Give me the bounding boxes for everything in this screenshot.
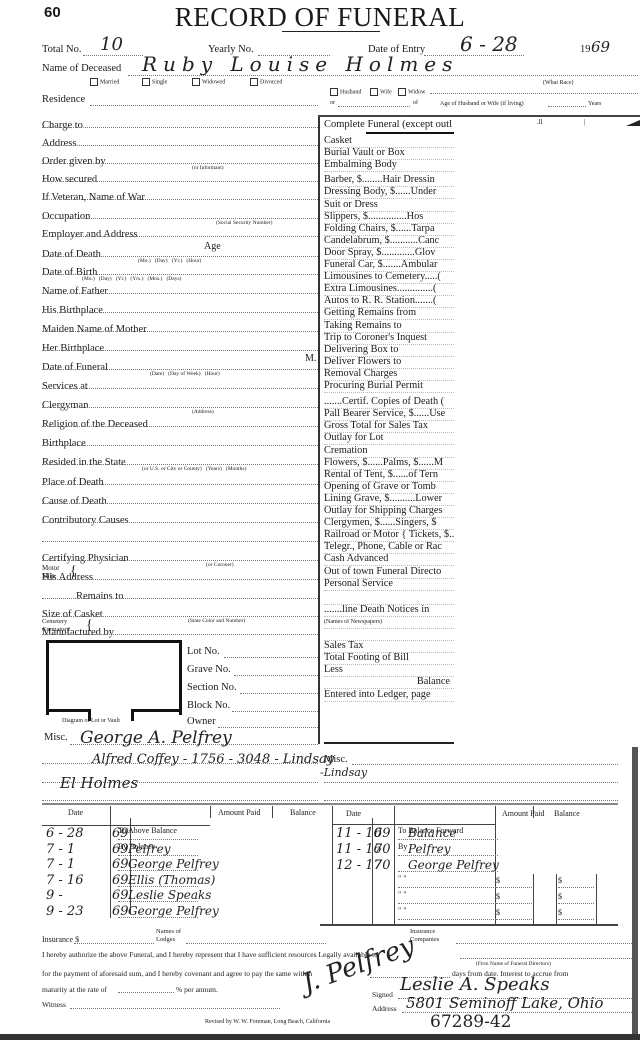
- charge-item[interactable]: Out of town Funeral Directo: [324, 566, 454, 577]
- field-label: Contributory Causes: [42, 515, 129, 526]
- ledger-row-line: [398, 919, 498, 920]
- charges-header-underline: [366, 132, 454, 134]
- wife-checkbox[interactable]: [370, 88, 378, 96]
- page-corner-shadow: [626, 120, 640, 126]
- amount-line[interactable]: [558, 903, 594, 904]
- ledger-row-line: [118, 901, 198, 902]
- dollar-sign: $: [558, 908, 562, 917]
- field-label: Maiden Name of Mother: [42, 324, 147, 335]
- field-input-line[interactable]: [42, 256, 318, 257]
- field-input-line[interactable]: [42, 127, 318, 128]
- field-row: Maiden Name of Mother: [42, 319, 318, 333]
- ledger-handwritten-entry[interactable]: Pelfrey: [408, 842, 451, 856]
- firm-name-label: (Firm Name of Funeral Directors): [476, 961, 551, 967]
- page-edge-shadow: [632, 747, 638, 1040]
- charge-item[interactable]: Flowers, $......Palms, $......M: [324, 457, 454, 468]
- grave-no-line[interactable]: [234, 675, 318, 676]
- spouse-widow[interactable]: Widow: [398, 88, 425, 96]
- years-label: Years: [588, 101, 601, 107]
- field-row: Certifying Physician(or Coroner): [42, 548, 318, 562]
- lot-diagram-line: [46, 709, 90, 712]
- charge-item[interactable]: Autos to R. R. Station.......(: [324, 295, 454, 306]
- dollar-sign: $: [496, 876, 500, 885]
- field-label: Occupation: [42, 211, 90, 222]
- date-of-entry-year[interactable]: 69: [591, 38, 610, 56]
- field-row: Occupation(Social Security Number): [42, 206, 318, 220]
- charge-item[interactable]: .......Certif. Copies of Death (: [324, 396, 454, 407]
- field-row: Cause of Death: [42, 491, 318, 505]
- charge-item[interactable]: Telegr., Phone, Cable or Rac: [324, 541, 454, 552]
- field-label: Remains to: [76, 591, 124, 602]
- witness-label: Witness: [42, 1000, 66, 1009]
- charge-item[interactable]: Outlay for Lot: [324, 432, 454, 443]
- field-input-line[interactable]: [42, 145, 318, 146]
- field-label: Name of Father: [42, 286, 108, 297]
- field-row: Date of Death(Mo.) (Day) (Yr.) (Hour): [42, 244, 318, 258]
- percent-text: % per annum.: [176, 985, 218, 994]
- ledger-handwritten-entry[interactable]: George Pelfrey: [408, 858, 499, 872]
- charge-item[interactable]: Balance: [324, 676, 450, 687]
- brace-icon: {: [86, 618, 93, 634]
- marital-single[interactable]: Single: [142, 78, 167, 86]
- dollar-sign: $: [496, 892, 500, 901]
- ledger-row-line: [398, 839, 498, 840]
- married-checkbox[interactable]: [90, 78, 98, 86]
- ledger-date[interactable]: 9 - 23: [46, 904, 83, 919]
- spouse-wife[interactable]: Wife: [370, 88, 392, 96]
- owner-label: Owner: [187, 716, 216, 727]
- total-no-label: Total No.: [42, 44, 82, 55]
- charge-line: [324, 392, 454, 393]
- field-label: If Veteran, Name of War: [42, 192, 145, 203]
- ledger-handwritten-entry[interactable]: George Pelfrey: [128, 857, 219, 871]
- signed-address[interactable]: 5801 Seminoff Lake, Ohio: [406, 994, 603, 1012]
- charge-item[interactable]: .......line Death Notices in: [324, 604, 454, 615]
- charge-item[interactable]: Procuring Burial Permit: [324, 380, 454, 391]
- misc-label: Misc.: [44, 732, 68, 743]
- single-checkbox[interactable]: [142, 78, 150, 86]
- misc-handwriting-3[interactable]: El Holmes: [60, 774, 138, 792]
- charge-item[interactable]: Pall Bearer Service, $......Use: [324, 408, 454, 419]
- lot-diagram-caption: Diagram of Lot or Vault: [62, 718, 120, 724]
- field-input-line[interactable]: [42, 522, 318, 523]
- ledger-right-date-header: Date: [346, 809, 361, 818]
- total-no-value[interactable]: 10: [100, 34, 123, 55]
- field-label: Religion of the Deceased: [42, 419, 148, 430]
- divorced-checkbox[interactable]: [250, 78, 258, 86]
- marital-widowed[interactable]: Widowed: [192, 78, 225, 86]
- field-label: How secured: [42, 174, 97, 185]
- charge-item[interactable]: Total Footing of Bill: [324, 652, 454, 663]
- charge-item[interactable]: Burial Vault or Box: [324, 147, 454, 158]
- field-label: Resided in the State: [42, 457, 126, 468]
- ledger-description: " ": [398, 874, 407, 883]
- field-label: Birthplace: [42, 438, 86, 449]
- owner-line[interactable]: [218, 727, 318, 728]
- residence-line[interactable]: [90, 105, 318, 106]
- charge-line: [324, 616, 454, 617]
- ledger-description: " ": [398, 906, 407, 915]
- charge-item[interactable]: Cremation: [324, 445, 454, 456]
- field-row: Manufactured by: [42, 622, 318, 636]
- ledger-date[interactable]: 6 - 28: [46, 826, 83, 841]
- right-misc-line[interactable]: [324, 782, 618, 783]
- lot-diagram-line: [132, 709, 179, 712]
- section-no-label: Section No.: [187, 682, 237, 693]
- dollar-sign: $: [558, 892, 562, 901]
- field-row: His Address: [42, 567, 318, 581]
- charges-col-mark: .ll: [537, 118, 543, 126]
- witness-line[interactable]: [70, 1008, 280, 1009]
- field-input-line[interactable]: [42, 331, 318, 332]
- field-label: Cause of Death: [42, 496, 107, 507]
- field-row: Date of Birth(Mo.) (Day) (Yr.) (Yrs.) (M…: [42, 262, 318, 276]
- field-input-line[interactable]: [42, 598, 318, 599]
- amount-line[interactable]: [558, 919, 594, 920]
- charge-item[interactable]: Suit or Dress: [324, 199, 454, 210]
- field-label: Charge to: [42, 120, 83, 131]
- age-spouse-label: Age of Husband or Wife (if living): [440, 101, 524, 107]
- charge-line: [324, 590, 454, 591]
- companies-line[interactable]: [456, 943, 636, 944]
- authorize-text: I hereby authorize the above Funeral, an…: [42, 950, 378, 959]
- charge-item[interactable]: Railroad or Motor { Tickets, $......: [324, 529, 454, 540]
- charge-item[interactable]: Door Spray, $.............Glov: [324, 247, 454, 258]
- ledger-date[interactable]: 9 -: [46, 888, 63, 903]
- signed-signature[interactable]: Leslie A. Speaks: [400, 974, 550, 995]
- charge-item[interactable]: Removal Charges: [324, 368, 454, 379]
- firm-name-line[interactable]: [460, 958, 636, 959]
- address-label: Address: [372, 1004, 397, 1013]
- brace-icon: {: [70, 564, 77, 580]
- field-label: His Birthplace: [42, 305, 103, 316]
- field-input-line[interactable]: [42, 616, 318, 617]
- ledger-left-balance-header: Balance: [290, 808, 316, 817]
- charge-item[interactable]: Slippers, $...............Hos: [324, 211, 454, 222]
- insurance-line[interactable]: [74, 943, 154, 944]
- block-no-label: Block No.: [187, 700, 230, 711]
- title-underline: [282, 31, 380, 32]
- field-label: Certifying Physician: [42, 553, 129, 564]
- field-label: Address: [42, 138, 76, 149]
- or-label: or: [330, 100, 335, 106]
- field-input-line[interactable]: [42, 293, 318, 294]
- total-no-line: [83, 55, 143, 56]
- field-label: Place of Death: [42, 477, 104, 488]
- ledger-year[interactable]: 70: [374, 842, 391, 857]
- ledger-right: Date Amount Paid Balance 11 - 1069To Bal…: [332, 806, 618, 924]
- interest-rate-line[interactable]: [118, 992, 174, 993]
- cemetery-crematory-label: CemeteryCrematory: [42, 618, 70, 634]
- field-label: Her Birthplace: [42, 343, 104, 354]
- ledger-handwritten-entry[interactable]: Balance: [408, 826, 457, 840]
- field-label: Order given by: [42, 156, 106, 167]
- ledger-left-amount-header: Amount Paid: [218, 808, 260, 817]
- lot-diagram-line: [131, 709, 134, 721]
- field-row: Place of Death: [42, 472, 318, 486]
- charge-item[interactable]: (Names of Newspapers): [324, 619, 454, 625]
- marital-married[interactable]: Married: [90, 78, 119, 86]
- field-input-line[interactable]: [42, 445, 318, 446]
- dollar-sign: $: [496, 908, 500, 917]
- field-label: Date of Death: [42, 249, 101, 260]
- field-label: Date of Funeral: [42, 362, 108, 373]
- charge-line: [324, 701, 454, 702]
- lot-diagram-box: [46, 640, 182, 715]
- lodges-label: Names of Lodges: [156, 928, 186, 944]
- ledger-row-line: [398, 887, 498, 888]
- charge-item[interactable]: Funeral Car, $.......Ambular: [324, 259, 454, 270]
- field-row: Address: [42, 133, 318, 147]
- right-misc-handwriting[interactable]: -Lindsay: [320, 766, 367, 779]
- ledger-date[interactable]: 7 - 16: [46, 873, 83, 888]
- widow-checkbox[interactable]: [398, 88, 406, 96]
- ledger-year[interactable]: 70: [374, 858, 391, 873]
- charges-bottom-rule: [324, 742, 454, 744]
- ledger-description: " ": [398, 890, 407, 899]
- deceased-details-section: Charge toAddressOrder given by(or Inform…: [0, 113, 318, 633]
- field-input-line[interactable]: [42, 560, 318, 561]
- dollar-sign: $: [558, 876, 562, 885]
- field-input-line[interactable]: [42, 388, 318, 389]
- charge-item[interactable]: Gross Total for Sales Tax: [324, 420, 454, 431]
- field-input-line[interactable]: [42, 503, 318, 504]
- ledger-year[interactable]: 69: [374, 826, 391, 841]
- ledger-date[interactable]: 7 - 1: [46, 842, 75, 857]
- race-line[interactable]: [430, 93, 638, 94]
- of-label: of: [413, 100, 418, 106]
- block-no-line[interactable]: [232, 711, 318, 712]
- revised-by: Revised by W. W. Foreman, Long Beach, Ca…: [205, 1019, 330, 1025]
- charges-header: Complete Funeral (except outl: [324, 119, 452, 130]
- field-input-line[interactable]: [42, 181, 318, 182]
- charge-item[interactable]: Barber, $........Hair Dressin: [324, 174, 454, 185]
- charge-item[interactable]: Limousines to Cemetery.....(: [324, 271, 454, 282]
- lot-no-line[interactable]: [224, 657, 318, 658]
- misc-handwriting-2[interactable]: Alfred Coffey - 1756 - 3048 - Lindsay: [92, 752, 334, 767]
- scan-bottom-bar: [0, 1034, 640, 1040]
- ledger-description: By: [398, 842, 407, 851]
- charge-item[interactable]: Getting Remains from: [324, 307, 454, 318]
- ledger-row-line: [118, 855, 198, 856]
- charge-item[interactable]: Extra Limousines..............(: [324, 283, 454, 294]
- date-of-entry-value[interactable]: 6 - 28: [460, 32, 518, 56]
- field-row: Resided in the State(or U.S. or City or …: [42, 452, 318, 466]
- field-row: Order given by(or Informant): [42, 151, 318, 165]
- charge-item[interactable]: Lining Grave, $..........Lower: [324, 493, 454, 504]
- ledger-left-date-header: Date: [68, 808, 83, 817]
- charge-item[interactable]: Delivering Box to: [324, 344, 454, 355]
- field-input-line[interactable]: [42, 464, 318, 465]
- ledger-description: To Above Balance: [118, 826, 177, 835]
- field-row: Name of Father: [42, 281, 318, 295]
- lot-no-label: Lot No.: [187, 646, 220, 657]
- ledger-row-line: [118, 917, 198, 918]
- amount-line[interactable]: [496, 919, 532, 920]
- ledger-date[interactable]: 7 - 1: [46, 857, 75, 872]
- funeral-m-label: M.: [305, 353, 316, 364]
- field-input-line[interactable]: [42, 484, 318, 485]
- charge-item[interactable]: Outlay for Shipping Charges: [324, 505, 454, 516]
- field-row: Size of Casket(State Color and Number): [42, 604, 318, 618]
- name-of-deceased-label: Name of Deceased: [42, 63, 121, 74]
- field-row: Employer and Address: [42, 224, 318, 238]
- ledger-row-line: [118, 839, 198, 840]
- section-no-line[interactable]: [240, 693, 318, 694]
- field-row: Clergyman(Address): [42, 395, 318, 409]
- field-input-line[interactable]: [42, 541, 318, 542]
- amount-line[interactable]: [558, 887, 594, 888]
- charge-item[interactable]: Dressing Body, $......Under: [324, 186, 454, 197]
- charge-item[interactable]: Candelabrum, $...........Canc: [324, 235, 454, 246]
- charges-top-rule: [318, 115, 640, 117]
- field-row: If Veteran, Name of War: [42, 187, 318, 201]
- ledger-row-line: [398, 871, 498, 872]
- age-label: Age: [204, 241, 221, 252]
- field-row: His Birthplace: [42, 300, 318, 314]
- ledger-row-line: [118, 870, 198, 871]
- charges-col-mark: |: [584, 118, 585, 126]
- charge-item[interactable]: Personal Service: [324, 578, 454, 589]
- charge-item[interactable]: Folding Chairs, $......Tarpa: [324, 223, 454, 234]
- phone-number[interactable]: 67289-42: [430, 1012, 511, 1032]
- field-row: How secured: [42, 169, 318, 183]
- spouse-husband[interactable]: Husband: [330, 88, 361, 96]
- right-misc-line[interactable]: [324, 800, 618, 801]
- field-row: Charge to: [42, 115, 318, 129]
- field-row: Services at: [42, 376, 318, 390]
- maturity-text: maturity at the rate of: [42, 985, 107, 994]
- field-input-line[interactable]: [42, 199, 318, 200]
- ledger-right-amount-header: Amount Paid: [502, 809, 544, 818]
- ledger-row-line: [398, 855, 498, 856]
- residence-label: Residence: [42, 94, 85, 105]
- charge-item[interactable]: Entered into Ledger, page: [324, 689, 454, 700]
- amount-line[interactable]: [496, 903, 532, 904]
- age-spouse-line[interactable]: [548, 106, 586, 107]
- right-misc-line[interactable]: [352, 764, 618, 765]
- charge-item[interactable]: Deliver Flowers to: [324, 356, 454, 367]
- ledger-handwritten-entry[interactable]: Leslie Speaks: [128, 888, 211, 902]
- what-race-label: (What Race): [543, 80, 573, 86]
- misc-line: [42, 800, 318, 801]
- ledger-top-rule: [42, 803, 618, 805]
- ledger-left: Date Amount Paid Balance 6 - 2869To Abov…: [42, 806, 318, 918]
- charge-item[interactable]: Opening of Grave or Tomb: [324, 481, 454, 492]
- field-input-line[interactable]: [42, 426, 318, 427]
- charge-item[interactable]: Trip to Coroner's Inquest: [324, 332, 454, 343]
- field-label: Clergyman: [42, 400, 88, 411]
- charge-item[interactable]: Sales Tax: [324, 640, 454, 651]
- ledger-handwritten-entry[interactable]: George Pelfrey: [128, 904, 219, 918]
- right-misc-label: Misc.: [324, 754, 348, 765]
- field-row: Religion of the Deceased: [42, 414, 318, 428]
- ledger-handwritten-entry[interactable]: Pelfrey: [128, 842, 171, 856]
- field-label: Services at: [42, 381, 88, 392]
- field-row: Remains to: [42, 586, 318, 600]
- field-input-line[interactable]: [42, 236, 318, 237]
- field-input-line[interactable]: [42, 407, 318, 408]
- form-title: RECORD OF FUNERAL: [0, 2, 640, 33]
- field-row: Her Birthplace: [42, 338, 318, 352]
- field-row: Date of Funeral(Date) (Day of Week) (Hou…: [42, 357, 318, 371]
- field-row: Contributory Causes: [42, 510, 318, 524]
- charge-item[interactable]: Embalming Body: [324, 159, 454, 170]
- payment-text: for the payment of aforesaid sum, and I …: [42, 969, 312, 978]
- husband-checkbox[interactable]: [330, 88, 338, 96]
- charge-line: [324, 171, 454, 172]
- field-input-line[interactable]: [42, 350, 318, 351]
- grave-no-label: Grave No.: [187, 664, 231, 675]
- charge-item[interactable]: Casket: [324, 135, 454, 146]
- marital-divorced[interactable]: Divorced: [250, 78, 282, 86]
- charge-item[interactable]: Taking Remains to: [324, 320, 454, 331]
- misc-handwriting-1[interactable]: George A. Pelfrey: [80, 728, 232, 748]
- charge-item[interactable]: Clergymen, $......Singers, $: [324, 517, 454, 528]
- companies-label: Insurance Companies: [410, 928, 454, 944]
- charge-line: [324, 628, 454, 629]
- field-input-line[interactable]: [42, 369, 318, 370]
- field-input-line[interactable]: [42, 312, 318, 313]
- field-input-line[interactable]: [42, 579, 318, 580]
- field-input-line[interactable]: [42, 634, 318, 635]
- charge-item[interactable]: Less: [324, 664, 454, 675]
- date-of-entry-year-prefix: 19: [580, 44, 591, 55]
- ledger-right-balance-header: Balance: [554, 809, 580, 818]
- ledger-handwritten-entry[interactable]: Ellis (Thomas): [128, 873, 215, 887]
- field-input-line[interactable]: [42, 274, 318, 275]
- field-row: Birthplace: [42, 433, 318, 447]
- field-label: Employer and Address: [42, 229, 138, 240]
- field-row: [42, 529, 318, 543]
- field-input-line[interactable]: [42, 218, 318, 219]
- field-input-line[interactable]: [42, 163, 318, 164]
- amount-line[interactable]: [496, 887, 532, 888]
- motor-ship-label: MotorShip: [42, 564, 60, 580]
- or-of-line[interactable]: [338, 106, 410, 107]
- name-of-deceased-value[interactable]: Ruby Louise Holmes: [142, 52, 458, 76]
- lodges-line[interactable]: [186, 943, 326, 944]
- charge-item[interactable]: Cash Advanced: [324, 553, 454, 564]
- widowed-checkbox[interactable]: [192, 78, 200, 86]
- ledger-row-line: [118, 886, 198, 887]
- signed-label: Signed: [372, 990, 393, 999]
- charge-item[interactable]: Rental of Tent, $......of Tern: [324, 469, 454, 480]
- ledger-row-line: [398, 903, 498, 904]
